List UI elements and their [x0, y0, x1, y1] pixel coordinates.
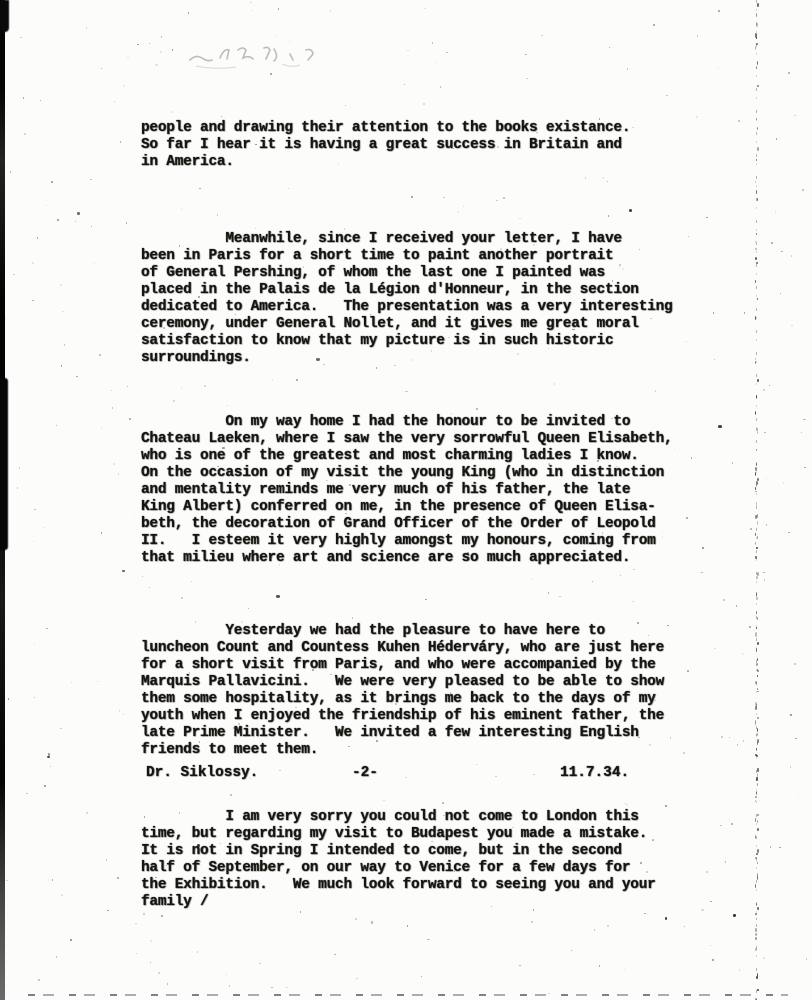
vertical-crease-line	[756, 0, 757, 1000]
left-edge-blob-mid	[0, 378, 8, 550]
footer-reference-name: Dr. Siklossy.	[146, 765, 258, 781]
pencil-scribble	[186, 36, 346, 72]
paragraph: Meanwhile, since I received your letter,…	[141, 231, 726, 367]
scanned-letter-page: people and drawing their attention to th…	[0, 0, 812, 1000]
footer-reference-line: Dr. Siklossy. -2- 11.7.34.	[0, 765, 812, 785]
letter-body: people and drawing their attention to th…	[141, 86, 726, 945]
paragraph: I am very sorry you could not come to Lo…	[141, 809, 726, 911]
footer-page-number: -2-	[352, 765, 378, 781]
paragraph: Yesterday we had the pleasure to have he…	[141, 623, 726, 759]
paragraph: On my way home I had the honour to be in…	[141, 414, 726, 567]
bottom-scan-line	[28, 994, 788, 996]
paragraph: people and drawing their attention to th…	[141, 120, 726, 171]
left-edge-blob-top	[0, 0, 9, 32]
footer-date: 11.7.34.	[560, 765, 629, 781]
